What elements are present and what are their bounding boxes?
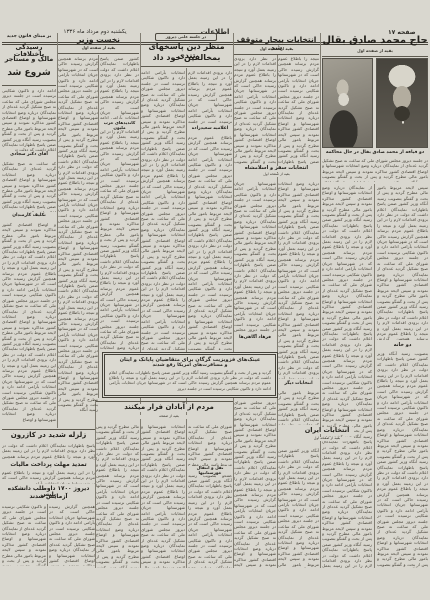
divider [47,504,48,566]
headline-abadan: مردم از آبادان فرار میکنند [105,404,233,412]
notice-box: عینک‌های فزویزیت گرگان برای متقاضیان پای… [102,352,278,398]
article-text: شهرستانها جریان انتخابات بآرامی ادامه دا… [234,181,276,333]
subhead-khuzestan: نقل و انتقال خوزستانیها [188,466,232,475]
newspaper-page: صفحه ۱۷ اطلاعات یکشنبه دوم مرداد ماه ۱۳۳… [0,0,430,600]
article-text: سپس لایحه مربوط بامور مالی مطرح گردید و … [377,185,428,340]
article-text: پاسخ باظهارات نمایندگان اعلام داشت که دو… [2,443,95,460]
article-text: و اوضاع اقتصادی کشور مذاکره نمودند و سپس… [2,222,56,427]
article-text: ادامه دارد و تاکنون شکایتی نرسیده است در… [2,88,56,151]
subhead-sajjadi: آقای دکتر سجادی [2,153,56,158]
headline-police-2: آزمایش شدند [2,494,95,500]
rule [234,54,319,55]
divider [98,55,99,398]
headline-landlord-2: مالک و مستاجر [2,56,56,63]
notice-line2: و مسافرت‌های امریکا رفع شدند [109,363,271,369]
subhead-do-khane: دو خانه [377,343,428,349]
article-text: مالی مطرح گردید و پس از بحث و گفتگو بتصو… [96,424,139,568]
rule [58,53,139,54]
article-text: دیروز مجلس شورای ملی که ساعت نه صبح تشکی… [234,400,276,568]
article-text: را در این زمینه بعمل آورد و نتیجه را باط… [2,470,95,484]
kicker-baghal: بقیه از صفحه اول [322,49,428,53]
headline-landlord-3: شروع شد [2,69,56,79]
article-text: اقدامات لازم را در این زمینه بعمل آورد و… [100,129,139,350]
kicker-majles: در جلسه علنی دیروز [155,33,217,41]
rule [2,85,56,86]
photo-bearded-man-court [322,58,373,148]
subhead-saqez: انتخابات سقز و اسلامشاه [234,166,319,172]
headline-pm: نخست وزیر [58,36,139,44]
subhead-farhad: فرهاد آگاهی‌ها [234,336,276,341]
subhead-saidzadeh: اعلامیه سعیدزاده [188,127,232,132]
rule [96,401,233,402]
kicker-landlord: بر مبنای قانون جدید [2,35,56,40]
article-text: از نمایندگان درباره وضع انتخابات شهرستان… [322,185,372,568]
subhead-other-elections: انتخابات دیگر [278,382,319,387]
headline-baghal: حاج محمد صادق بقال [322,35,428,46]
article-text: آنگاه وزیر کشور ضمن پاسخ باظهارات نمایند… [278,448,319,568]
subhead-employees: تکلیف کارمندان [2,214,56,219]
headline-iran-elections: انتخابات ایران [300,427,354,434]
kicker-bijar: بقیه از صفحه اول [234,47,319,51]
article-text: درباره وضع انتخابات شهرستانها و اوضاع اق… [278,181,319,379]
article-text: انتخابات شهرستانها و اوضاع اقتصادی کشور … [141,424,185,568]
rule [2,429,95,430]
article-text: مربوط بامور مالی مطرح گردید و پس از بحث … [278,390,319,425]
headline-majles-2: بمخالفین خود داد [141,54,232,63]
article-text: و تاکنون شکایتی نرسیده است در جلسه دیروز… [2,504,46,566]
article-text: باطلاع عموم مردم برساند همچنین گزارش رسی… [188,135,232,350]
article-text: دارد بزودی اقدامات لازم را در این زمینه … [188,70,232,125]
rule [141,66,232,67]
photo-caption-text: در جلسه دیروز مجلس شورای ملی که ساعت نه … [322,158,428,182]
article-text: انتخابات بآرامی ادامه دارد و تاکنون شکای… [141,70,185,350]
article-text: که ساعت نه صبح تشکیل گردید عده‌ای از نما… [2,161,56,212]
kicker-abadan: بقیه از صفحه [105,415,233,419]
kicker-saqez: بقیه از صفحه اول [234,173,319,177]
article-text: همچنین گزارش رسیده حاکی است که در شهرستا… [49,504,95,566]
article-text: شورای ملی که ساعت نه صبح تشکیل گردید عده… [188,424,232,568]
notice-text: گردید و پس از بحث و گفتگو بتصویب رسید آن… [109,370,271,394]
divider [320,33,321,568]
divider [186,68,187,568]
kicker-pm: بقیه از صفحه اول [58,46,139,50]
rule [322,56,428,57]
article-text: کشور ضمن پاسخ باظهارات نمایندگان اعلام د… [100,56,139,119]
photo-cleric-lighting-cigarette [376,58,428,148]
headline-earthquake: زلزله شدید در کازرون [2,432,95,440]
article-text: بتصویب رسید آنگاه وزیر کشور ضمن پاسخ باظ… [377,351,428,568]
photo-caption-title: دو قیافه از محمد صادق بقال در حال محاکمه [322,151,428,156]
article-text: نتیجه را باطلاع عموم مردم برساند همچنین … [278,56,319,164]
divider [374,184,375,568]
article-text: در نظر دارد بزودی اقدامات لازم را در این… [234,56,276,164]
headline-tax: تمدید مهلت پرداخت مالیات [2,462,95,468]
kicker-iran-elections: بقیه از صفحه اول [300,437,354,441]
article-text: مردم برساند همچنین گزارش رسیده حاکی است … [58,56,98,426]
